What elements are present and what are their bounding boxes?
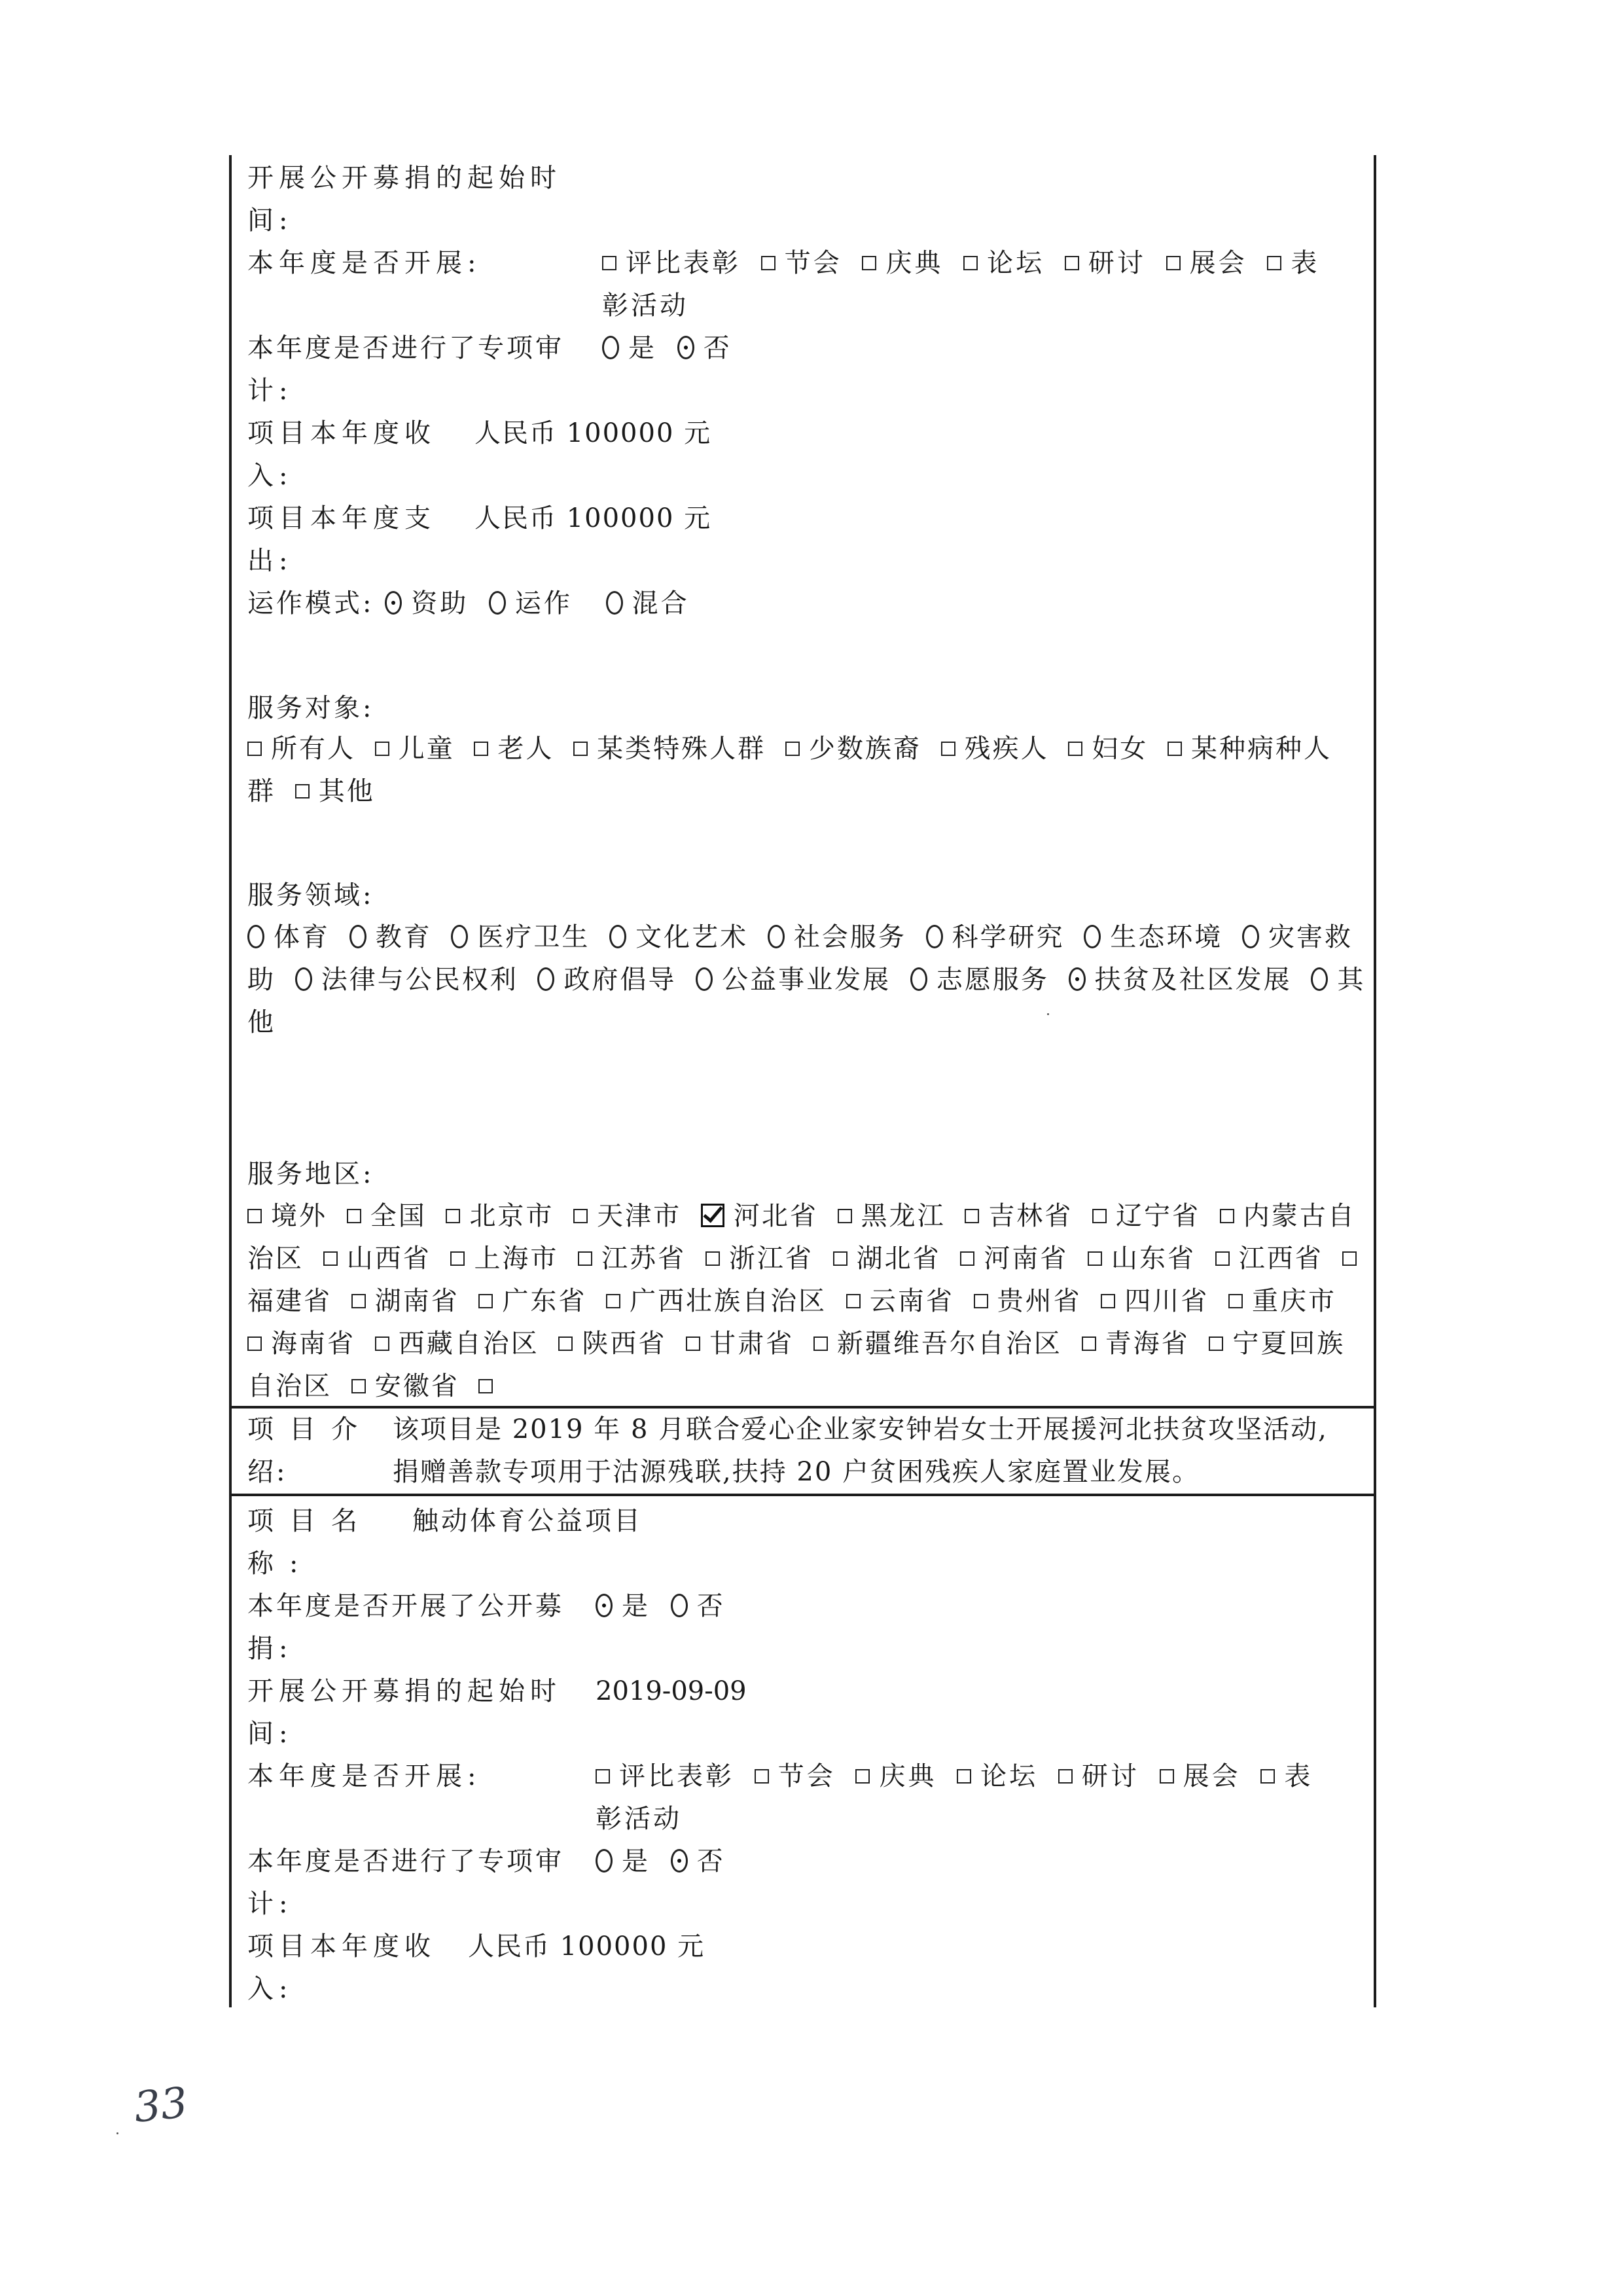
field-option[interactable]: 文化艺术 bbox=[609, 922, 748, 952]
expense-value: 人民币 100000 元 bbox=[474, 497, 711, 540]
target-option[interactable]: 所有人 bbox=[247, 734, 355, 764]
region-option[interactable]: 西藏自治区 bbox=[375, 1329, 539, 1359]
audit-options: 是 否 bbox=[602, 327, 741, 370]
field-option[interactable]: 科学研究 bbox=[926, 922, 1065, 952]
activities-options-cont: 彰活动 bbox=[602, 285, 688, 327]
target-option[interactable]: 某类特殊人群 bbox=[573, 734, 766, 764]
handwritten-page-number: 33 bbox=[132, 2079, 190, 2132]
radio-unselected-icon[interactable] bbox=[609, 925, 626, 948]
activities-options-2-cont: 彰活动 bbox=[596, 1798, 682, 1840]
checkbox-icon[interactable] bbox=[813, 1336, 828, 1351]
checkbox-icon[interactable] bbox=[1215, 1251, 1230, 1266]
radio-unselected-icon[interactable] bbox=[596, 1849, 613, 1873]
region-option[interactable]: 辽宁省 bbox=[1092, 1201, 1200, 1231]
checkbox-icon[interactable] bbox=[247, 1336, 262, 1351]
region-option-selected[interactable]: 河北省 bbox=[701, 1201, 818, 1231]
region-option[interactable]: 安徽省 bbox=[351, 1371, 459, 1401]
target-option[interactable]: 儿童 bbox=[375, 734, 455, 764]
activity-option[interactable]: 论坛 bbox=[963, 248, 1044, 278]
checkbox-icon[interactable] bbox=[965, 1209, 979, 1223]
checkbox-icon[interactable] bbox=[960, 1251, 974, 1266]
public-fundraising-options: 是 否 bbox=[596, 1585, 735, 1628]
audit-label-cont: 计: bbox=[247, 370, 293, 412]
income-value-2: 人民币 100000 元 bbox=[468, 1926, 705, 1968]
checkbox-icon[interactable] bbox=[1228, 1294, 1243, 1308]
radio-unselected-icon[interactable] bbox=[489, 591, 506, 615]
radio-unselected-icon[interactable] bbox=[910, 967, 927, 991]
activity-option[interactable]: 展会 bbox=[1160, 1761, 1241, 1791]
start-time-label-cont: 间: bbox=[247, 200, 293, 242]
region-option[interactable]: 江西省 bbox=[1215, 1244, 1323, 1274]
target-option[interactable]: 残疾人 bbox=[941, 734, 1049, 764]
checkbox-icon[interactable] bbox=[862, 256, 876, 270]
service-region-options: 境外 全国 北京市 天津市 河北省 黑龙江 吉林省 辽宁省 内蒙古自治区 山西省… bbox=[247, 1195, 1368, 1408]
table-divider-intro-bottom bbox=[229, 1494, 1376, 1496]
activities-options-2: 评比表彰 节会 庆典 论坛 研讨 展会 表 bbox=[596, 1755, 1322, 1798]
activity-option[interactable]: 表 bbox=[1267, 248, 1319, 278]
activity-option[interactable]: 节会 bbox=[755, 1761, 836, 1791]
field-option[interactable]: 体育 bbox=[247, 922, 330, 952]
region-option[interactable]: 河南省 bbox=[960, 1244, 1068, 1274]
checkbox-icon[interactable] bbox=[247, 1209, 262, 1223]
activity-option[interactable]: 庆典 bbox=[855, 1761, 936, 1791]
region-option[interactable]: 湖南省 bbox=[351, 1286, 459, 1316]
project-intro-label-cont: 绍: bbox=[247, 1451, 287, 1494]
field-option[interactable]: 医疗卫生 bbox=[451, 922, 590, 952]
radio-unselected-icon[interactable] bbox=[247, 925, 264, 948]
field-option[interactable]: 公益事业发展 bbox=[696, 965, 891, 995]
public-fundraising-label-cont: 捐: bbox=[247, 1628, 293, 1670]
activity-option[interactable]: 表 bbox=[1260, 1761, 1313, 1791]
income-label: 项目本年度收 bbox=[247, 412, 436, 455]
radio-unselected-icon[interactable] bbox=[537, 967, 554, 991]
start-time-label-2-cont: 间: bbox=[247, 1713, 293, 1755]
checkbox-icon[interactable] bbox=[957, 1769, 971, 1784]
checkbox-icon[interactable] bbox=[855, 1769, 870, 1784]
radio-selected-icon[interactable] bbox=[677, 336, 694, 359]
activity-option[interactable]: 论坛 bbox=[957, 1761, 1038, 1791]
region-option[interactable]: 吉林省 bbox=[965, 1201, 1073, 1231]
region-option[interactable]: 浙江省 bbox=[705, 1244, 813, 1274]
region-option[interactable]: 湖北省 bbox=[833, 1244, 941, 1274]
radio-selected-icon[interactable] bbox=[1069, 967, 1086, 991]
checkbox-icon[interactable] bbox=[351, 1379, 366, 1393]
activity-option[interactable]: 研讨 bbox=[1058, 1761, 1139, 1791]
activities-label: 本年度是否开展: bbox=[247, 242, 481, 285]
checkbox-icon[interactable] bbox=[375, 742, 389, 756]
region-option[interactable]: 黑龙江 bbox=[838, 1201, 946, 1231]
mode-option-operate[interactable]: 运作 bbox=[489, 588, 573, 619]
checkbox-icon[interactable] bbox=[347, 1209, 361, 1223]
checkbox-icon[interactable] bbox=[606, 1294, 620, 1308]
region-option[interactable]: 云南省 bbox=[846, 1286, 954, 1316]
service-target-options: 所有人 儿童 老人 某类特殊人群 少数族裔 残疾人 妇女 某种病种人群 其他 bbox=[247, 728, 1368, 813]
mode-option-grant[interactable]: 资助 bbox=[385, 588, 469, 619]
checkbox-icon[interactable] bbox=[602, 256, 616, 270]
project-intro-label: 项目介 bbox=[247, 1408, 373, 1451]
region-option[interactable]: 江苏省 bbox=[578, 1244, 686, 1274]
checkbox-icon[interactable] bbox=[578, 1251, 592, 1266]
checkbox-icon[interactable] bbox=[963, 256, 978, 270]
region-option[interactable]: 海南省 bbox=[247, 1329, 355, 1359]
checkbox-icon[interactable] bbox=[573, 1209, 588, 1223]
checkbox-icon[interactable] bbox=[1082, 1336, 1096, 1351]
service-field-options: 体育 教育 医疗卫生 文化艺术 社会服务 科学研究 生态环境 灾害救助 法律与公… bbox=[247, 916, 1368, 1044]
audit-option-yes[interactable]: 是 bbox=[596, 1846, 651, 1876]
activity-option[interactable]: 研讨 bbox=[1065, 248, 1146, 278]
region-option[interactable]: 陕西省 bbox=[558, 1329, 666, 1359]
activity-option[interactable]: 展会 bbox=[1166, 248, 1247, 278]
radio-unselected-icon[interactable] bbox=[671, 1594, 688, 1617]
field-option[interactable]: 社会服务 bbox=[768, 922, 906, 952]
checkbox-icon[interactable] bbox=[833, 1251, 847, 1266]
checkbox-icon[interactable] bbox=[1220, 1209, 1234, 1223]
region-option[interactable]: 广东省 bbox=[478, 1286, 586, 1316]
region-option[interactable]: 山东省 bbox=[1088, 1244, 1196, 1274]
public-fundraising-label: 本年度是否开展了公开募 bbox=[247, 1585, 564, 1628]
audit-option-yes[interactable]: 是 bbox=[602, 333, 657, 363]
checkbox-icon[interactable] bbox=[450, 1251, 465, 1266]
checkbox-icon[interactable] bbox=[1092, 1209, 1107, 1223]
region-option[interactable]: 青海省 bbox=[1082, 1329, 1190, 1359]
start-time-label: 开展公开募捐的起始时 bbox=[247, 157, 562, 200]
checkbox-icon[interactable] bbox=[1068, 742, 1082, 756]
target-option[interactable]: 少数族裔 bbox=[785, 734, 921, 764]
radio-unselected-icon[interactable] bbox=[1084, 925, 1101, 948]
checkbox-icon[interactable] bbox=[375, 1336, 389, 1351]
checkbox-icon[interactable] bbox=[1342, 1251, 1357, 1266]
radio-unselected-icon[interactable] bbox=[602, 336, 619, 359]
radio-unselected-icon[interactable] bbox=[1311, 967, 1328, 991]
target-option[interactable]: 老人 bbox=[474, 734, 554, 764]
income-label-2-cont: 入: bbox=[247, 1968, 293, 2011]
checkbox-icon[interactable] bbox=[247, 742, 262, 756]
income-label-2: 项目本年度收 bbox=[247, 1926, 436, 1968]
checkbox-icon[interactable] bbox=[1168, 742, 1182, 756]
checkbox-icon[interactable] bbox=[785, 742, 800, 756]
radio-selected-icon[interactable] bbox=[671, 1849, 688, 1873]
region-option[interactable]: 境外 bbox=[247, 1201, 327, 1231]
radio-unselected-icon[interactable] bbox=[696, 967, 713, 991]
checkbox-icon[interactable] bbox=[1166, 256, 1181, 270]
audit-option-no[interactable]: 否 bbox=[671, 1846, 726, 1876]
checkbox-icon[interactable] bbox=[323, 1251, 338, 1266]
expense-label-cont: 出: bbox=[247, 540, 293, 583]
region-option[interactable]: 天津市 bbox=[573, 1201, 681, 1231]
checkbox-icon[interactable] bbox=[755, 1769, 769, 1784]
region-option[interactable]: 全国 bbox=[347, 1201, 427, 1231]
checkbox-icon[interactable] bbox=[838, 1209, 852, 1223]
field-option[interactable]: 政府倡导 bbox=[537, 965, 676, 995]
audit-label: 本年度是否进行了专项审 bbox=[247, 327, 564, 370]
checkbox-icon[interactable] bbox=[846, 1294, 861, 1308]
activities-label-2: 本年度是否开展: bbox=[247, 1755, 481, 1798]
project-name-label: 项目名 bbox=[247, 1500, 373, 1543]
region-option[interactable]: 广西壮族自治区 bbox=[606, 1286, 827, 1316]
checkbox-icon[interactable] bbox=[941, 742, 955, 756]
service-target-label: 服务对象: bbox=[247, 687, 374, 730]
checkbox-icon[interactable] bbox=[474, 742, 488, 756]
project-name-label-cont: 称: bbox=[247, 1543, 313, 1585]
mode-option-mixed[interactable]: 混合 bbox=[606, 588, 690, 619]
audit-options-2: 是 否 bbox=[596, 1840, 735, 1883]
checkbox-icon[interactable] bbox=[1260, 1769, 1275, 1784]
audit-option-no[interactable]: 否 bbox=[677, 333, 732, 363]
target-option[interactable]: 其他 bbox=[295, 776, 375, 806]
checkbox-icon[interactable] bbox=[558, 1336, 573, 1351]
field-option[interactable]: 生态环境 bbox=[1084, 922, 1222, 952]
region-option[interactable]: 重庆市 bbox=[1228, 1286, 1336, 1316]
activity-option[interactable]: 评比表彰 bbox=[602, 248, 741, 278]
field-option[interactable]: 法律与公民权利 bbox=[295, 965, 518, 995]
expense-label: 项目本年度支 bbox=[247, 497, 436, 540]
checkbox-icon[interactable] bbox=[295, 784, 310, 798]
checkbox-icon[interactable] bbox=[478, 1294, 493, 1308]
activity-option[interactable]: 庆典 bbox=[862, 248, 943, 278]
region-option[interactable]: 四川省 bbox=[1101, 1286, 1209, 1316]
field-option[interactable]: 教育 bbox=[349, 922, 432, 952]
checkbox-icon[interactable] bbox=[1058, 1769, 1073, 1784]
checkbox-icon[interactable] bbox=[1088, 1251, 1102, 1266]
audit-label-2: 本年度是否进行了专项审 bbox=[247, 1840, 564, 1883]
audit-label-2-cont: 计: bbox=[247, 1883, 293, 1926]
radio-selected-icon[interactable] bbox=[385, 591, 402, 615]
checkbox-icon[interactable] bbox=[1209, 1336, 1223, 1351]
checkbox-checked-icon[interactable] bbox=[701, 1204, 724, 1227]
activity-option[interactable]: 节会 bbox=[761, 248, 842, 278]
start-time-value-2: 2019-09-09 bbox=[596, 1670, 747, 1713]
checkbox-icon[interactable] bbox=[1267, 256, 1281, 270]
activity-option[interactable]: 评比表彰 bbox=[596, 1761, 734, 1791]
radio-unselected-icon[interactable] bbox=[1242, 925, 1259, 948]
region-option[interactable]: 山西省 bbox=[323, 1244, 431, 1274]
project-intro-text-line2: 捐赠善款专项用于沽源残联,扶持 20 户贫困残疾人家庭置业发展。 bbox=[393, 1451, 1368, 1494]
radio-selected-icon[interactable] bbox=[596, 1594, 613, 1617]
radio-unselected-icon[interactable] bbox=[926, 925, 943, 948]
scan-speck bbox=[1047, 1013, 1049, 1015]
project-intro-text-line1: 该项目是 2019 年 8 月联合爱心企业家安钟岩女士开展援河北扶贫攻坚活动, bbox=[393, 1408, 1368, 1451]
region-option[interactable]: 贵州省 bbox=[974, 1286, 1082, 1316]
checkbox-icon[interactable] bbox=[686, 1336, 700, 1351]
document-page: 开展公开募捐的起始时 间: 本年度是否开展: 评比表彰 节会 庆典 论坛 研讨 … bbox=[0, 0, 1623, 2296]
radio-unselected-icon[interactable] bbox=[349, 925, 366, 948]
radio-unselected-icon[interactable] bbox=[451, 925, 468, 948]
service-field-label: 服务领域: bbox=[247, 874, 374, 917]
operation-mode-row: 运作模式: 资助 运作 混合 bbox=[247, 583, 699, 625]
checkbox-icon[interactable] bbox=[1101, 1294, 1115, 1308]
region-option[interactable]: 上海市 bbox=[450, 1244, 558, 1274]
checkbox-icon[interactable] bbox=[761, 256, 776, 270]
checkbox-icon[interactable] bbox=[596, 1769, 610, 1784]
checkbox-icon[interactable] bbox=[351, 1294, 366, 1308]
field-option[interactable]: 志愿服务 bbox=[910, 965, 1049, 995]
checkbox-icon[interactable] bbox=[1160, 1769, 1174, 1784]
checkbox-icon[interactable] bbox=[705, 1251, 720, 1266]
fundraising-option-yes[interactable]: 是 bbox=[596, 1591, 651, 1621]
radio-unselected-icon[interactable] bbox=[606, 591, 623, 615]
income-value: 人民币 100000 元 bbox=[474, 412, 711, 455]
fundraising-option-no[interactable]: 否 bbox=[671, 1591, 726, 1621]
radio-unselected-icon[interactable] bbox=[768, 925, 785, 948]
region-option-blank[interactable] bbox=[478, 1371, 502, 1401]
project-name-value: 触动体育公益项目 bbox=[412, 1500, 643, 1543]
service-region-label: 服务地区: bbox=[247, 1153, 374, 1196]
income-label-cont: 入: bbox=[247, 455, 293, 497]
checkbox-icon[interactable] bbox=[478, 1379, 493, 1393]
activities-options: 评比表彰 节会 庆典 论坛 研讨 展会 表 bbox=[602, 242, 1329, 285]
region-option[interactable]: 北京市 bbox=[446, 1201, 554, 1231]
operation-mode-label: 运作模式: bbox=[247, 588, 374, 619]
checkbox-icon[interactable] bbox=[573, 742, 588, 756]
start-time-label-2: 开展公开募捐的起始时 bbox=[247, 1670, 562, 1713]
radio-unselected-icon[interactable] bbox=[295, 967, 312, 991]
checkbox-icon[interactable] bbox=[974, 1294, 988, 1308]
region-option[interactable]: 甘肃省 bbox=[686, 1329, 794, 1359]
region-option[interactable]: 新疆维吾尔自治区 bbox=[813, 1329, 1062, 1359]
scan-speck bbox=[116, 2132, 118, 2134]
field-option-selected[interactable]: 扶贫及社区发展 bbox=[1069, 965, 1292, 995]
target-option[interactable]: 妇女 bbox=[1068, 734, 1148, 764]
checkbox-icon[interactable] bbox=[446, 1209, 460, 1223]
checkbox-icon[interactable] bbox=[1065, 256, 1079, 270]
